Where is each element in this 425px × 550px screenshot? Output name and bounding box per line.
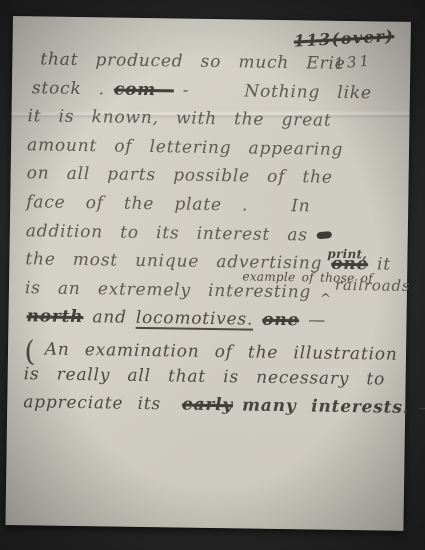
handwritten-text: locomotives. — [136, 308, 254, 330]
handwritten-text: amount of lettering appearing — [27, 135, 344, 160]
photo-background: 113(over) 131 that produced so much Erie… — [0, 0, 425, 550]
handwritten-text: on all parts possible of the — [27, 164, 333, 189]
handwritten-text: - — [183, 80, 190, 100]
scribbled-out-mark — [316, 231, 332, 239]
caret-mark: ^ — [320, 291, 332, 306]
paper-sheet: 113(over) 131 that produced so much Erie… — [5, 16, 411, 531]
handwritten-text: Nothing like — [244, 81, 372, 103]
struck-header-number: 113(over) — [294, 26, 396, 51]
handwritten-text: In — [291, 196, 311, 216]
inserted-word-correction: example of those of^railroads — [320, 282, 410, 307]
manuscript-line: appreciate itsearlymany interests.– — [23, 392, 395, 426]
handwritten-text: – — [418, 398, 425, 418]
handwritten-text: — — [308, 311, 325, 331]
handwritten-text: it — [377, 255, 391, 275]
struck-word: com— — [114, 79, 174, 100]
manuscript-lines: that produced so much Eriestock .com—-No… — [23, 49, 400, 426]
handwritten-text: face of the plate . — [26, 192, 248, 215]
handwritten-text: An examination of the illustration — [45, 339, 398, 364]
struck-word: one — [262, 310, 299, 331]
handwritten-text: addition to its interest as — [26, 221, 308, 245]
handwritten-text: it is known, with the great — [27, 106, 331, 131]
handwritten-text: that produced so much Erie — [40, 49, 345, 74]
handwritten-text: appreciate its — [23, 392, 161, 414]
handwritten-word: railroads — [335, 276, 411, 295]
handwritten-text: many interests. — [242, 396, 410, 418]
struck-word: early — [182, 395, 233, 416]
insertion-above-line: print, — [327, 247, 367, 262]
handwritten-text: and — [92, 308, 127, 329]
handwritten-text: stock . — [32, 78, 105, 99]
struck-word: north — [26, 307, 83, 328]
